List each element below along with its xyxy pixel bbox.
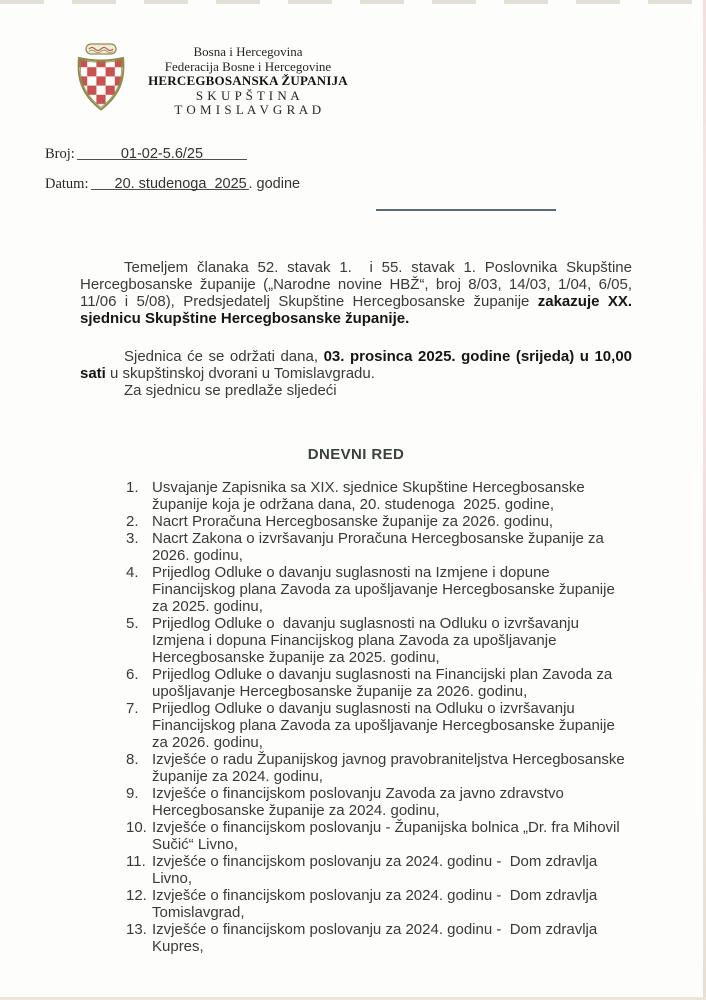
- agenda-item-number: 13.: [126, 921, 152, 955]
- agenda-item-number: 12.: [126, 887, 152, 921]
- date-row: Datum:20. studenoga 2025. godine: [45, 176, 300, 193]
- agenda-item-number: 2.: [126, 513, 152, 530]
- agenda-heading: DNEVNI RED: [80, 446, 632, 463]
- broj-label: Broj:: [45, 146, 75, 162]
- agenda-item-10: 10.Izvješće o financijskom poslovanju - …: [126, 819, 632, 853]
- agenda-lead-line: Za sjednicu se predlaže sljedeći: [80, 382, 632, 399]
- letterhead-city: T O M I S L A V G R A D: [138, 103, 358, 118]
- agenda-item-number: 9.: [126, 785, 152, 819]
- agenda-item-text: Prijedlog Odluke o davanju suglasnosti n…: [152, 666, 632, 700]
- agenda-item-number: 8.: [126, 751, 152, 785]
- agenda-item-2: 2.Nacrt Proračuna Hercegbosanske županij…: [126, 513, 632, 530]
- agenda-item-number: 7.: [126, 700, 152, 751]
- datum-label: Datum:: [45, 176, 89, 192]
- letterhead: Bosna i Hercegovina Federacija Bosne i H…: [138, 45, 358, 118]
- letterhead-county: HERCEGBOSANSKA ŽUPANIJA: [138, 74, 358, 89]
- session-date-paragraph: Sjednica će se održati dana, 03. prosinc…: [80, 348, 632, 382]
- agenda-item-9: 9.Izvješće o financijskom poslovanju Zav…: [126, 785, 632, 819]
- agenda-item-3: 3.Nacrt Zakona o izvršavanju Proračuna H…: [126, 530, 632, 564]
- document-body: Temeljem članaka 52. stavak 1. i 55. sta…: [80, 259, 632, 955]
- letterhead-assembly: S K U P Š T I N A: [138, 89, 358, 104]
- agenda-item-5: 5.Prijedlog Odluke o davanju suglasnosti…: [126, 615, 632, 666]
- agenda-item-text: Usvajanje Zapisnika sa XIX. sjednice Sku…: [152, 479, 632, 513]
- agenda-item-text: Nacrt Proračuna Hercegbosanske županije …: [152, 513, 632, 530]
- agenda-item-number: 6.: [126, 666, 152, 700]
- datum-value: 20. studenoga 2025: [91, 176, 249, 192]
- agenda-item-text: Prijedlog Odluke o davanju suglasnosti n…: [152, 564, 632, 615]
- agenda-item-11: 11.Izvješće o financijskom poslovanju za…: [126, 853, 632, 887]
- agenda-item-number: 10.: [126, 819, 152, 853]
- agenda-item-4: 4.Prijedlog Odluke o davanju suglasnosti…: [126, 564, 632, 615]
- agenda-item-number: 4.: [126, 564, 152, 615]
- agenda-item-text: Izvješće o financijskom poslovanju - Žup…: [152, 819, 632, 853]
- reference-number-row: Broj:01-02-5.6/25: [45, 146, 247, 163]
- signature-line: [376, 209, 556, 211]
- agenda-item-text: Nacrt Zakona o izvršavanju Proračuna Her…: [152, 530, 632, 564]
- session-date-post: u skupštinskoj dvorani u Tomislavgradu.: [106, 365, 375, 382]
- agenda-item-number: 3.: [126, 530, 152, 564]
- intro-paragraph: Temeljem članaka 52. stavak 1. i 55. sta…: [80, 259, 632, 327]
- agenda-item-6: 6.Prijedlog Odluke o davanju suglasnosti…: [126, 666, 632, 700]
- agenda-list: 1.Usvajanje Zapisnika sa XIX. sjednice S…: [80, 479, 632, 955]
- datum-suffix: . godine: [249, 176, 301, 192]
- broj-value: 01-02-5.6/25: [77, 146, 247, 162]
- scan-artifact-top: [0, 0, 706, 4]
- agenda-item-text: Prijedlog Odluke o davanju suglasnosti n…: [152, 615, 632, 666]
- herceg-bosna-coat-of-arms-icon: [74, 42, 128, 114]
- agenda-item-number: 11.: [126, 853, 152, 887]
- agenda-item-text: Izvješće o financijskom poslovanju Zavod…: [152, 785, 632, 819]
- agenda-item-text: Prijedlog Odluke o davanju suglasnosti n…: [152, 700, 632, 751]
- agenda-item-text: Izvješće o radu Županijskog javnog pravo…: [152, 751, 632, 785]
- agenda-item-text: Izvješće o financijskom poslovanju za 20…: [152, 921, 632, 955]
- agenda-item-8: 8.Izvješće o radu Županijskog javnog pra…: [126, 751, 632, 785]
- letterhead-federation: Federacija Bosne i Hercegovine: [138, 60, 358, 75]
- agenda-item-text: Izvješće o financijskom poslovanju za 20…: [152, 887, 632, 921]
- agenda-item-number: 5.: [126, 615, 152, 666]
- agenda-item-1: 1.Usvajanje Zapisnika sa XIX. sjednice S…: [126, 479, 632, 513]
- session-date-pre: Sjednica će se održati dana,: [124, 348, 324, 365]
- letterhead-country: Bosna i Hercegovina: [138, 45, 358, 60]
- agenda-item-number: 1.: [126, 479, 152, 513]
- agenda-item-text: Izvješće o financijskom poslovanju za 20…: [152, 853, 632, 887]
- agenda-item-12: 12.Izvješće o financijskom poslovanju za…: [126, 887, 632, 921]
- agenda-item-7: 7.Prijedlog Odluke o davanju suglasnosti…: [126, 700, 632, 751]
- document-page: Bosna i Hercegovina Federacija Bosne i H…: [0, 0, 706, 1000]
- agenda-item-13: 13.Izvješće o financijskom poslovanju za…: [126, 921, 632, 955]
